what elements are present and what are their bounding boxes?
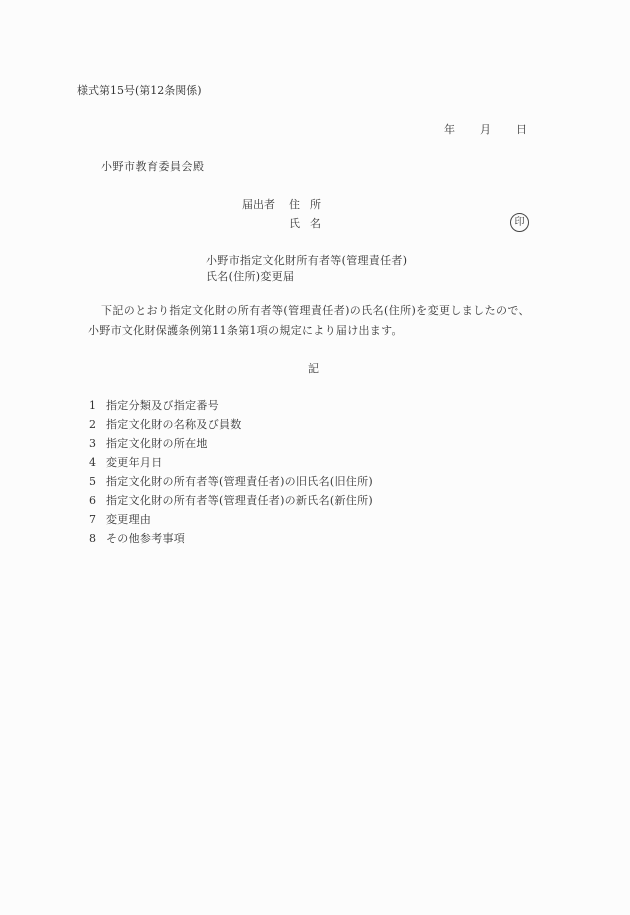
item-label: 変更年月日	[106, 456, 163, 475]
document-title-line2: 氏名(住所)変更届	[206, 270, 294, 284]
item-label: 指定文化財の所在地	[106, 437, 208, 456]
seal-icon: 印	[510, 213, 529, 232]
date-year-label: 年	[444, 123, 480, 137]
item-number: 2	[89, 418, 106, 437]
date-day-label: 日	[516, 123, 527, 137]
list-item: 1 指定分類及び指定番号	[89, 399, 373, 418]
applicant-label: 届出者	[242, 198, 275, 212]
item-number: 8	[89, 532, 106, 551]
item-label: 指定文化財の所有者等(管理責任者)の旧氏名(旧住所)	[106, 475, 373, 494]
address-label: 住所	[289, 198, 331, 212]
list-item: 2 指定文化財の名称及び員数	[89, 418, 373, 437]
list-item: 5 指定文化財の所有者等(管理責任者)の旧氏名(旧住所)	[89, 475, 373, 494]
item-number: 1	[89, 399, 106, 418]
item-label: その他参考事項	[106, 532, 185, 551]
document-title-line1: 小野市指定文化財所有者等(管理責任者)	[206, 254, 407, 268]
item-number: 7	[89, 513, 106, 532]
item-list: 1 指定分類及び指定番号 2 指定文化財の名称及び員数 3 指定文化財の所在地 …	[89, 399, 373, 551]
item-number: 5	[89, 475, 106, 494]
date-row: 年月日	[444, 123, 527, 137]
body-text-line1: 下記のとおり指定文化財の所有者等(管理責任者)の氏名(住所)を変更しましたので、	[101, 304, 530, 318]
item-number: 4	[89, 456, 106, 475]
item-number: 3	[89, 437, 106, 456]
list-item: 7 変更理由	[89, 513, 373, 532]
form-number: 様式第15号(第12条関係)	[77, 84, 202, 98]
date-month-label: 月	[480, 123, 516, 137]
item-number: 6	[89, 494, 106, 513]
item-label: 指定文化財の名称及び員数	[106, 418, 242, 437]
item-label: 指定文化財の所有者等(管理責任者)の新氏名(新住所)	[106, 494, 373, 513]
item-label: 変更理由	[106, 513, 151, 532]
body-text-line2: 小野市文化財保護条例第11条第1項の規定により届け出ます。	[88, 324, 403, 338]
item-label: 指定分類及び指定番号	[106, 399, 219, 418]
addressee: 小野市教育委員会殿	[101, 160, 205, 174]
list-item: 3 指定文化財の所在地	[89, 437, 373, 456]
list-item: 8 その他参考事項	[89, 532, 373, 551]
list-item: 6 指定文化財の所有者等(管理責任者)の新氏名(新住所)	[89, 494, 373, 513]
name-label: 氏名	[289, 217, 331, 231]
ki-heading: 記	[308, 362, 319, 376]
list-item: 4 変更年月日	[89, 456, 373, 475]
